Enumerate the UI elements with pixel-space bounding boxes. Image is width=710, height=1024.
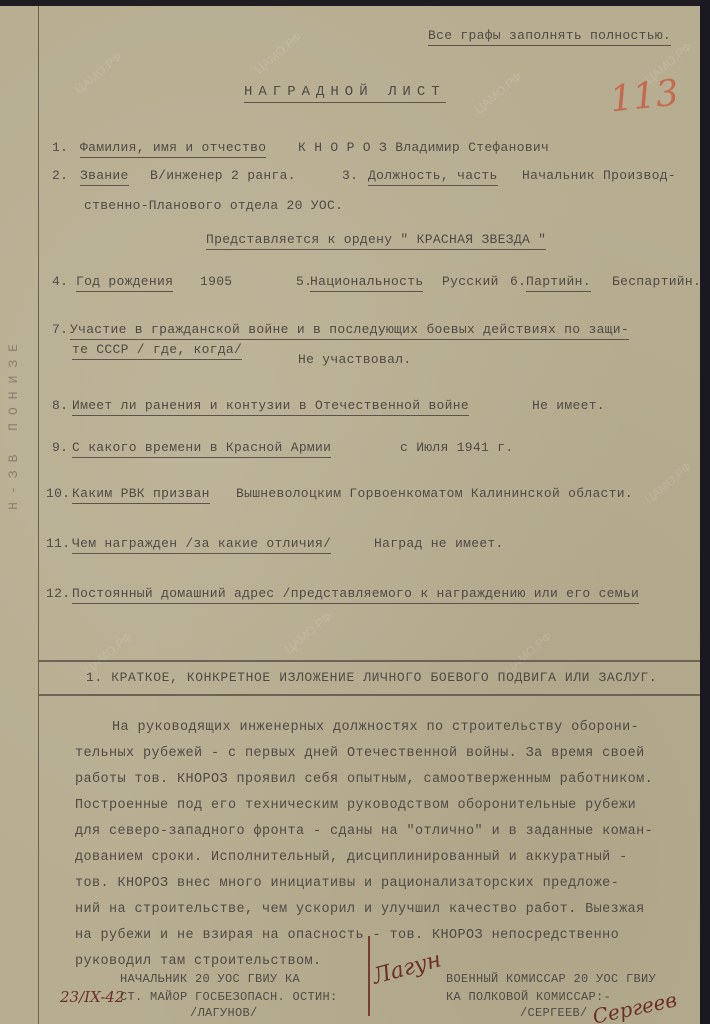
field-10-num: 10.: [46, 486, 70, 501]
header-instruction: Все графы заполнять полностью.: [428, 28, 671, 46]
section-top-rule: [38, 660, 700, 662]
field-10-label: Каким РВК призван: [72, 486, 210, 504]
nomination: Представляется к ордену " КРАСНАЯ ЗВЕЗДА…: [206, 232, 546, 250]
field-7-num: 7.: [52, 322, 68, 337]
field-3-label: Должность, часть: [368, 168, 498, 186]
field-7-label: Участие в гражданской войне и в последую…: [70, 322, 629, 340]
archive-number: 113: [608, 73, 681, 121]
field-3-value-cont: ственно-Планового отдела 20 УОС.: [84, 198, 343, 213]
field-5-label: Национальность: [310, 274, 423, 292]
field-1-value: К Н О Р О З Владимир Стефанович: [298, 140, 549, 155]
field-8-label: Имеет ли ранения и контузии в Отечествен…: [72, 398, 469, 416]
field-6-value: Беспартийн.: [612, 274, 700, 289]
watermark: ЦАМО.РФ: [282, 609, 334, 656]
field-9-label: С какого времени в Красной Армии: [72, 440, 331, 458]
narrative-line: руководил там строительством.: [75, 954, 322, 969]
field-12-label: Постоянный домашний адрес /представляемо…: [72, 586, 639, 604]
section-bottom-rule: [38, 694, 700, 696]
watermark: ЦАМО.РФ: [252, 29, 304, 76]
field-8-value: Не имеет.: [532, 398, 605, 413]
field-7-label-cont: те СССР / где, когда/: [72, 342, 242, 360]
left-signatory-rank: СТ. МАЙОР ГОСБЕЗОПАСН. ОСТИН:: [120, 990, 338, 1004]
section-heading: 1. КРАТКОЕ, КОНКРЕТНОЕ ИЗЛОЖЕНИЕ ЛИЧНОГО…: [86, 670, 657, 685]
narrative-line: работы тов. КНОРОЗ проявил себя опытным,…: [75, 772, 653, 787]
field-3-value: Начальник Производ-: [522, 168, 676, 183]
margin-rule: [38, 6, 39, 1024]
narrative-line: тов. КНОРОЗ внес много инициативы и раци…: [75, 876, 619, 891]
narrative-line: тельных рубежей - с первых дней Отечеств…: [75, 746, 645, 761]
field-9-num: 9.: [52, 440, 68, 455]
handwritten-date: 23/IX-42: [60, 988, 124, 1006]
field-1-label: Фамилия, имя и отчество: [80, 140, 266, 158]
right-signatory-rank: КА ПОЛКОВОЙ КОМИССАР:-: [446, 990, 611, 1004]
left-signatory-name: /ЛАГУНОВ/: [190, 1006, 258, 1020]
field-9-value: с Июля 1941 г.: [400, 440, 513, 455]
watermark: ЦАМО.РФ: [642, 459, 694, 506]
narrative-line: Построенные под его техническим руководс…: [75, 798, 636, 813]
narrative-line: ний на строительстве, чем ускорил и улуч…: [75, 902, 645, 917]
field-2-value: В/инженер 2 ранга.: [150, 168, 296, 183]
narrative-line: дованием сроки. Исполнительный, дисципли…: [75, 850, 628, 865]
watermark: ЦАМО.РФ: [72, 49, 124, 96]
field-11-value: Наград не имеет.: [374, 536, 504, 551]
field-2-label: Звание: [80, 168, 129, 186]
field-2-num: 2.: [52, 168, 68, 183]
award-sheet-page: Н-ЗВ ПОНИЗЕ ЦАМО.РФ ЦАМО.РФ ЦАМО.РФ ЦАМО…: [0, 6, 700, 1024]
watermark: ЦАМО.РФ: [472, 69, 524, 116]
field-4-value: 1905: [200, 274, 232, 289]
field-12-num: 12.: [46, 586, 70, 601]
field-11-num: 11.: [46, 536, 70, 551]
field-4-label: Год рождения: [76, 274, 173, 292]
field-11-label: Чем награжден /за какие отличия/: [72, 536, 331, 554]
field-3-num: 3.: [342, 168, 358, 183]
right-signatory-title: ВОЕННЫЙ КОМИССАР 20 УОС ГВИУ: [446, 972, 656, 986]
scan-edge: [700, 0, 710, 1024]
margin-vertical-text: Н-ЗВ ПОНИЗЕ: [6, 336, 26, 510]
field-6-num: 6.: [510, 274, 526, 289]
field-10-value: Вышневолоцким Горвоенкоматом Калининской…: [236, 486, 633, 501]
field-4-num: 4.: [52, 274, 68, 289]
signature-stroke: [368, 936, 370, 1016]
field-8-num: 8.: [52, 398, 68, 413]
field-7-value: Не участвовал.: [298, 352, 411, 367]
document-title: НАГРАДНОЙ ЛИСТ: [244, 84, 446, 103]
narrative-line: На руководящих инженерных должностях по …: [112, 720, 639, 735]
narrative-line: на рубежи и не взирая на опасность - тов…: [75, 928, 619, 943]
left-handwritten-signature: Лагун: [370, 947, 444, 989]
field-6-label: Партийн.: [526, 274, 591, 292]
field-1-num: 1.: [52, 140, 68, 155]
field-5-value: Русский: [442, 274, 499, 289]
narrative-line: для северо-западного фронта - сданы на "…: [75, 824, 653, 839]
left-signatory-title: НАЧАЛЬНИК 20 УОС ГВИУ КА: [120, 972, 300, 986]
right-signatory-name: /СЕРГЕЕВ/: [520, 1006, 588, 1020]
